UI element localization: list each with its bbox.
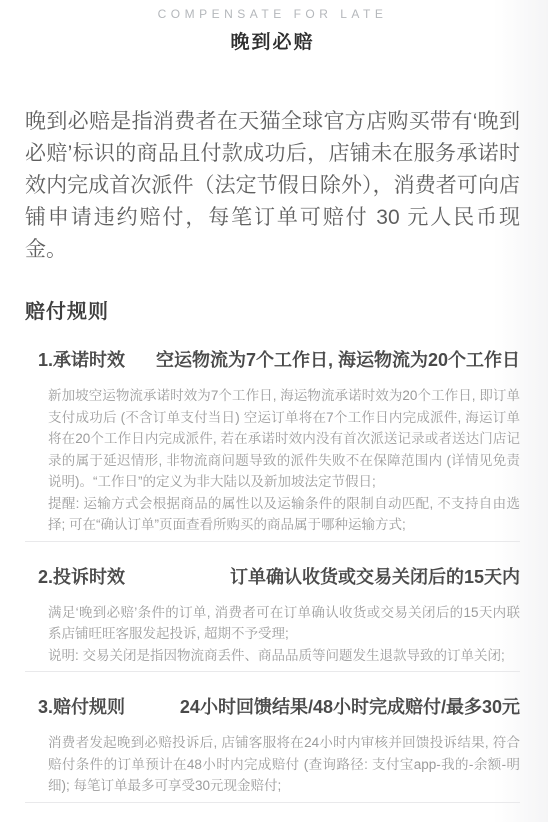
- rule-paragraph: 说明: 交易关闭是指因物流商丢件、商品品质等问题发生退款导致的订单关闭;: [48, 645, 520, 667]
- rule-summary: 订单确认收货或交易关闭后的15天内: [230, 566, 520, 589]
- rule-item-promise-time: 1.承诺时效 空运物流为7个工作日, 海运物流为20个工作日 新加坡空运物流承诺…: [25, 325, 520, 542]
- english-subtitle: COMPENSATE FOR LATE: [25, 7, 520, 22]
- rule-body: 新加坡空运物流承诺时效为7个工作日, 海运物流承诺时效为20个工作日, 即订单支…: [38, 385, 520, 536]
- rule-header: 2.投诉时效 订单确认收货或交易关闭后的15天内: [38, 566, 520, 589]
- rule-paragraph: 提醒: 运输方式会根据商品的属性以及运输条件的限制自动匹配, 不支持自由选择; …: [48, 493, 520, 536]
- rule-item-compensation-rule: 3.赔付规则 24小时回馈结果/48小时完成赔付/最多30元 消费者发起晚到必赔…: [25, 672, 520, 803]
- rule-summary: 空运物流为7个工作日, 海运物流为20个工作日: [156, 349, 520, 372]
- rules-section-heading: 赔付规则: [25, 300, 520, 325]
- rule-header: 3.赔付规则 24小时回馈结果/48小时完成赔付/最多30元: [38, 696, 520, 719]
- rule-item-complaint-time: 2.投诉时效 订单确认收货或交易关闭后的15天内 满足‘晚到必赔’条件的订单, …: [25, 542, 520, 673]
- rule-label: 3.赔付规则: [38, 696, 125, 719]
- rule-label: 2.投诉时效: [38, 566, 125, 589]
- intro-paragraph: 晚到必赔是指消费者在天猫全球官方店购买带有‘晚到必赔’标识的商品且付款成功后，店…: [25, 106, 520, 266]
- rule-body: 消费者发起晚到必赔投诉后, 店铺客服将在24小时内审核并回馈投诉结果, 符合赔付…: [38, 732, 520, 797]
- rules-list: 1.承诺时效 空运物流为7个工作日, 海运物流为20个工作日 新加坡空运物流承诺…: [25, 325, 520, 803]
- rule-paragraph: 新加坡空运物流承诺时效为7个工作日, 海运物流承诺时效为20个工作日, 即订单支…: [48, 385, 520, 493]
- rule-body: 满足‘晚到必赔’条件的订单, 消费者可在订单确认收货或交易关闭后的15天内联系店…: [38, 602, 520, 667]
- rule-summary: 24小时回馈结果/48小时完成赔付/最多30元: [180, 696, 520, 719]
- compensate-policy-page: COMPENSATE FOR LATE 晚到必赔 晚到必赔是指消费者在天猫全球官…: [0, 0, 548, 822]
- rule-label: 1.承诺时效: [38, 349, 125, 372]
- rule-paragraph: 消费者发起晚到必赔投诉后, 店铺客服将在24小时内审核并回馈投诉结果, 符合赔付…: [48, 732, 520, 797]
- rule-header: 1.承诺时效 空运物流为7个工作日, 海运物流为20个工作日: [38, 349, 520, 372]
- page-title: 晚到必赔: [25, 29, 520, 56]
- rule-paragraph: 满足‘晚到必赔’条件的订单, 消费者可在订单确认收货或交易关闭后的15天内联系店…: [48, 602, 520, 645]
